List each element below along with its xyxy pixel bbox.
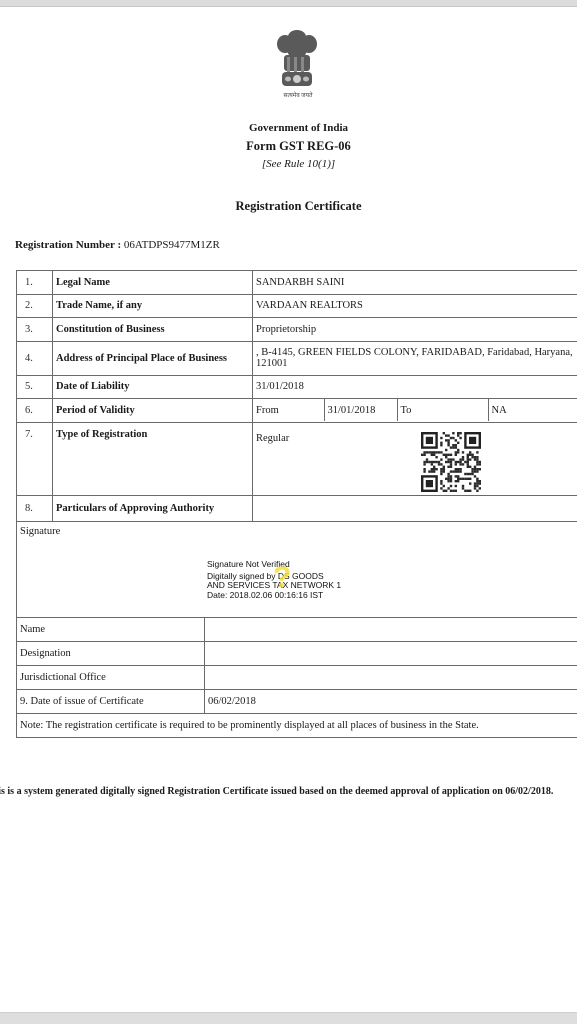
table-row: 4. Address of Principal Place of Busines… — [17, 341, 577, 375]
validity-from-label: From — [253, 399, 324, 421]
certificate-title: Registration Certificate — [0, 199, 577, 214]
qr-code-icon — [421, 432, 481, 492]
issue-date-label: 9. Date of issue of Certificate — [17, 690, 205, 714]
table-row: 1. Legal Name SANDARBH SAINI — [17, 271, 577, 295]
validity-period: From 31/01/2018 To NA — [253, 399, 577, 423]
row-number: 2. — [17, 294, 53, 318]
validity-to-label: To — [397, 399, 488, 421]
table-row: Designation — [17, 642, 577, 666]
liability-date-value: 31/01/2018 — [253, 375, 577, 399]
constitution-value: Proprietorship — [253, 318, 577, 342]
row-label: Particulars of Approving Authority — [53, 495, 253, 521]
table-row: 3. Constitution of Business Proprietorsh… — [17, 318, 577, 342]
table-row: Jurisdictional Office — [17, 666, 577, 690]
row-number: 7. — [17, 422, 53, 495]
row-number: 1. — [17, 271, 53, 295]
registration-type-value: Regular — [253, 422, 577, 495]
row-number: 4. — [17, 341, 53, 375]
system-generated-footer: This is a system generated digitally sig… — [0, 786, 553, 797]
registration-number-label: Registration Number : — [15, 239, 121, 251]
row-label: Trade Name, if any — [53, 294, 253, 318]
authority-name-value — [205, 618, 577, 642]
emblem-motto: सत्यमेव जयते — [270, 91, 326, 99]
designation-value — [205, 642, 577, 666]
validity-from-value: 31/01/2018 — [324, 399, 397, 421]
legal-name-value: SANDARBH SAINI — [253, 271, 577, 295]
trade-name-value: VARDAAN REALTORS — [253, 294, 577, 318]
row-label: Type of Registration — [53, 422, 253, 495]
table-row: 6. Period of Validity From 31/01/2018 To… — [17, 399, 577, 423]
question-mark-icon[interactable]: ? — [273, 563, 291, 593]
form-title: Form GST REG-06 — [0, 139, 577, 154]
national-emblem-icon — [272, 27, 322, 99]
row-label: Date of Liability — [53, 375, 253, 399]
table-row: Name — [17, 618, 577, 642]
issue-date-value: 06/02/2018 — [205, 690, 577, 714]
table-row: Note: The registration certificate is re… — [17, 714, 577, 738]
table-row: 9. Date of issue of Certificate 06/02/20… — [17, 690, 577, 714]
table-row: 5. Date of Liability 31/01/2018 — [17, 375, 577, 399]
registration-number-value: 06ATDPS9477M1ZR — [124, 239, 220, 251]
row-label: Address of Principal Place of Business — [53, 341, 253, 375]
row-label: Period of Validity — [53, 399, 253, 423]
row-number: 5. — [17, 375, 53, 399]
row-number: 6. — [17, 399, 53, 423]
table-row: 2. Trade Name, if any VARDAAN REALTORS — [17, 294, 577, 318]
bottom-edge-bar — [0, 1012, 577, 1024]
validity-to-value: NA — [488, 399, 577, 421]
row-label: Constitution of Business — [53, 318, 253, 342]
row-number: 8. — [17, 495, 53, 521]
government-heading: Government of India — [0, 122, 577, 134]
display-note: Note: The registration certificate is re… — [17, 714, 577, 738]
row-number: 3. — [17, 318, 53, 342]
jurisdictional-office-label: Jurisdictional Office — [17, 666, 205, 690]
registration-details-table: 1. Legal Name SANDARBH SAINI 2. Trade Na… — [16, 270, 577, 522]
approving-authority-value — [253, 495, 577, 521]
registration-number: Registration Number : 06ATDPS9477M1ZR — [15, 239, 220, 251]
designation-label: Designation — [17, 642, 205, 666]
table-row: 7. Type of Registration Regular — [17, 422, 577, 495]
top-edge-bar — [0, 0, 577, 7]
address-value: , B-4145, GREEN FIELDS COLONY, FARIDABAD… — [253, 341, 577, 375]
authority-name-label: Name — [17, 618, 205, 642]
row-label: Legal Name — [53, 271, 253, 295]
jurisdictional-office-value — [205, 666, 577, 690]
table-row: 8. Particulars of Approving Authority — [17, 495, 577, 521]
signature-table: Signature Name Designation Jurisdictiona… — [16, 521, 577, 738]
rule-reference: [See Rule 10(1)] — [0, 158, 577, 170]
